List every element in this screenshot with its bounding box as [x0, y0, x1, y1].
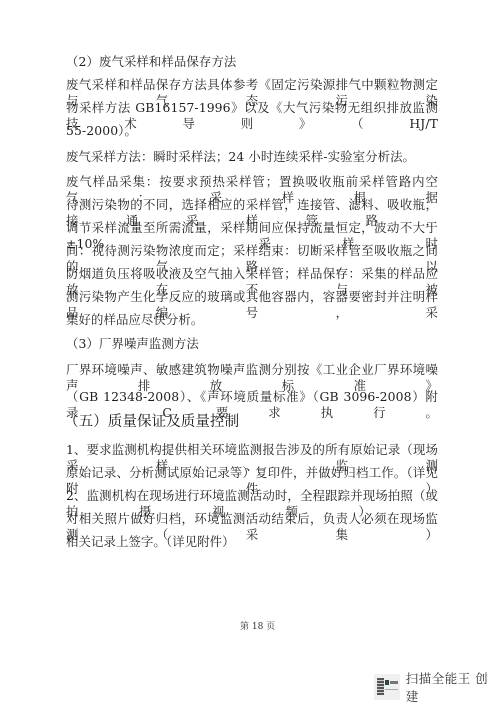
paragraph-reference-line: 55-2000）。 — [66, 123, 137, 139]
section-5-heading: （五）质量保证及质量控制 — [64, 414, 239, 430]
watermark-text: 扫描全能王 创建 — [406, 669, 500, 705]
scanner-watermark: 扫描全能王 创建 — [374, 674, 500, 700]
item-2-line: 相关记录上签字。（详见附件） — [66, 534, 235, 550]
page-number: 第 18 页 — [240, 619, 275, 632]
paragraph-collection-line: 集好的样品应尽快分析。 — [66, 312, 203, 328]
camscanner-logo-icon — [374, 674, 400, 700]
paragraph-sampling-method: 废气采样方法：瞬时采样法；24 小时连续采样-实验室分析法。 — [66, 149, 415, 165]
section-3-heading: （3）厂界噪声监测方法 — [66, 336, 199, 352]
section-2-heading: （2）废气采样和样品保存方法 — [66, 54, 236, 70]
